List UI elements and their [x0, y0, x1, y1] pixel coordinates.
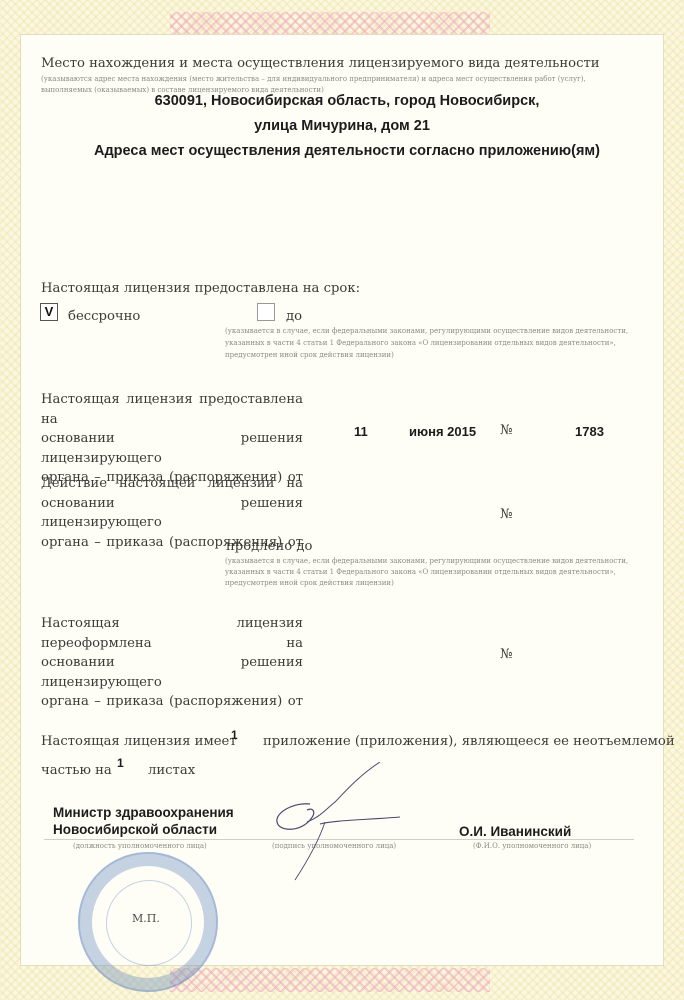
extension-number-sign: №	[500, 507, 512, 522]
name-hint: (Ф.И.О. уполномоченного лица)	[473, 840, 591, 853]
reissue-line: Настоящая лицензия переоформлена на	[41, 614, 303, 653]
signatory-position-1: Министр здравоохранения	[53, 805, 234, 820]
reissue-basis-text: Настоящая лицензия переоформлена на осно…	[41, 614, 303, 712]
location-heading: Место нахождения и места осуществления л…	[41, 56, 600, 71]
address-line-2: улица Мичурина, дом 21	[0, 118, 684, 134]
reissue-line: основании решения лицензирующего	[41, 653, 303, 692]
appendix-sheets: 1	[117, 756, 124, 770]
extension-line: основании решения лицензирующего	[41, 494, 303, 533]
position-hint: (должность уполномоченного лица)	[73, 840, 207, 853]
handwritten-signature	[265, 762, 405, 882]
reissue-number-sign: №	[500, 647, 512, 662]
address-line-3: Адреса мест осуществления деятельности с…	[0, 143, 684, 159]
grant-number-sign: №	[500, 423, 512, 438]
grant-basis-text: Настоящая лицензия предоставлена на осно…	[41, 390, 303, 488]
seal-label: М.П.	[132, 912, 160, 925]
official-seal: М.П.	[78, 852, 218, 992]
appendix-count: 1	[231, 728, 238, 742]
grant-day: 11	[354, 424, 368, 439]
signatory-position-2: Новосибирской области	[53, 822, 217, 837]
border-ornament-top	[170, 12, 490, 36]
appendix-prefix: Настоящая лицензия имеет	[41, 734, 237, 749]
term-hint-3: предусмотрен иной срок действия лицензии…	[225, 349, 394, 362]
grant-line: основании решения лицензирующего	[41, 429, 303, 468]
checkbox-indefinite[interactable]: V	[40, 303, 58, 321]
extension-line: Действие настоящей лицензии на	[41, 474, 303, 494]
grant-order-number: 1783	[575, 424, 604, 439]
address-line-1: 630091, Новосибирская область, город Нов…	[0, 93, 684, 109]
extension-hint-3: предусмотрен иной срок действия лицензии…	[225, 577, 394, 590]
border-ornament-bottom	[170, 968, 490, 992]
signatory-name: О.И. Иванинский	[459, 824, 571, 839]
label-until: до	[286, 309, 302, 324]
grant-month-year: июня 2015	[409, 424, 476, 439]
appendix-line2-prefix: частью на	[41, 763, 112, 778]
appendix-suffix: приложение (приложения), являющееся ее н…	[263, 734, 675, 749]
label-indefinite: бессрочно	[68, 309, 140, 324]
grant-line: Настоящая лицензия предоставлена на	[41, 390, 303, 429]
checkbox-until[interactable]	[257, 303, 275, 321]
term-heading: Настоящая лицензия предоставлена на срок…	[41, 281, 360, 296]
extended-until-label: продлено до	[226, 539, 312, 554]
appendix-line2-suffix: листах	[148, 763, 195, 778]
reissue-line: органа – приказа (распоряжения) от	[41, 692, 303, 712]
